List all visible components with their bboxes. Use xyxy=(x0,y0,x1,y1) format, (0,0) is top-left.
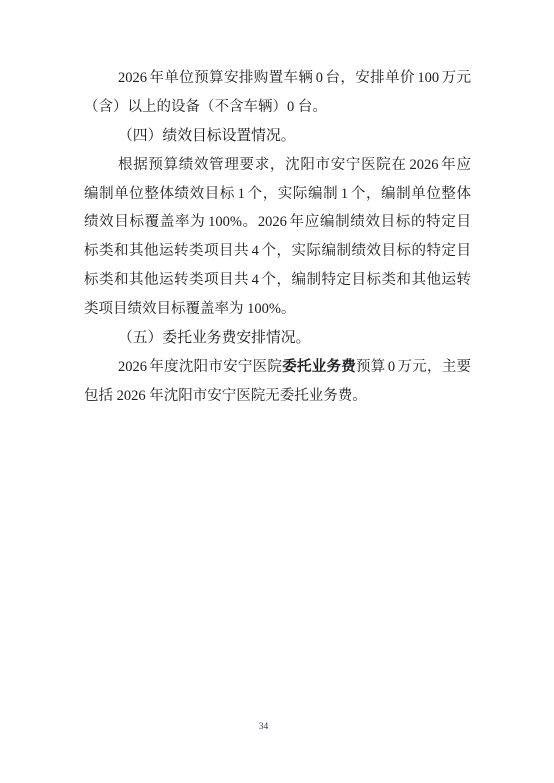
paragraph-line: （含）以上的设备（不含车辆）0 台。 xyxy=(84,93,471,122)
paragraph-line: 绩效目标覆盖率为 100%。2026 年应编制绩效目标的特定目 xyxy=(84,208,471,237)
paragraph-line: 包括 2026 年沈阳市安宁医院无委托业务费。 xyxy=(84,382,471,411)
paragraph-line: 标类和其他运转类项目共 4 个，编制特定目标类和其他运转 xyxy=(84,266,471,295)
paragraph-line: 2026 年单位预算安排购置车辆 0 台，安排单价 100 万元 xyxy=(84,64,471,93)
paragraph-segment: 预算 0 万元，主要 xyxy=(356,359,471,375)
paragraph-line: 2026 年度沈阳市安宁医院委托业务费预算 0 万元，主要 xyxy=(84,353,471,382)
section-heading-4: （四）绩效目标设置情况。 xyxy=(84,122,471,151)
paragraph-segment: 2026 年度沈阳市安宁医院 xyxy=(118,359,282,375)
paragraph-line: 标类和其他运转类项目共 4 个，实际编制绩效目标的特定目 xyxy=(84,237,471,266)
document-page: 2026 年单位预算安排购置车辆 0 台，安排单价 100 万元 （含）以上的设… xyxy=(0,0,554,783)
paragraph-line: 根据预算绩效管理要求，沈阳市安宁医院在 2026 年应 xyxy=(84,151,471,180)
paragraph-line: 编制单位整体绩效目标 1 个，实际编制 1 个，编制单位整体 xyxy=(84,180,471,209)
section-heading-5: （五）委托业务费安排情况。 xyxy=(84,324,471,353)
document-body: 2026 年单位预算安排购置车辆 0 台，安排单价 100 万元 （含）以上的设… xyxy=(84,64,471,411)
page-number: 34 xyxy=(0,722,527,732)
paragraph-line: 类项目绩效目标覆盖率为 100%。 xyxy=(84,295,471,324)
paragraph-segment-bold: 委托业务费 xyxy=(282,359,356,375)
